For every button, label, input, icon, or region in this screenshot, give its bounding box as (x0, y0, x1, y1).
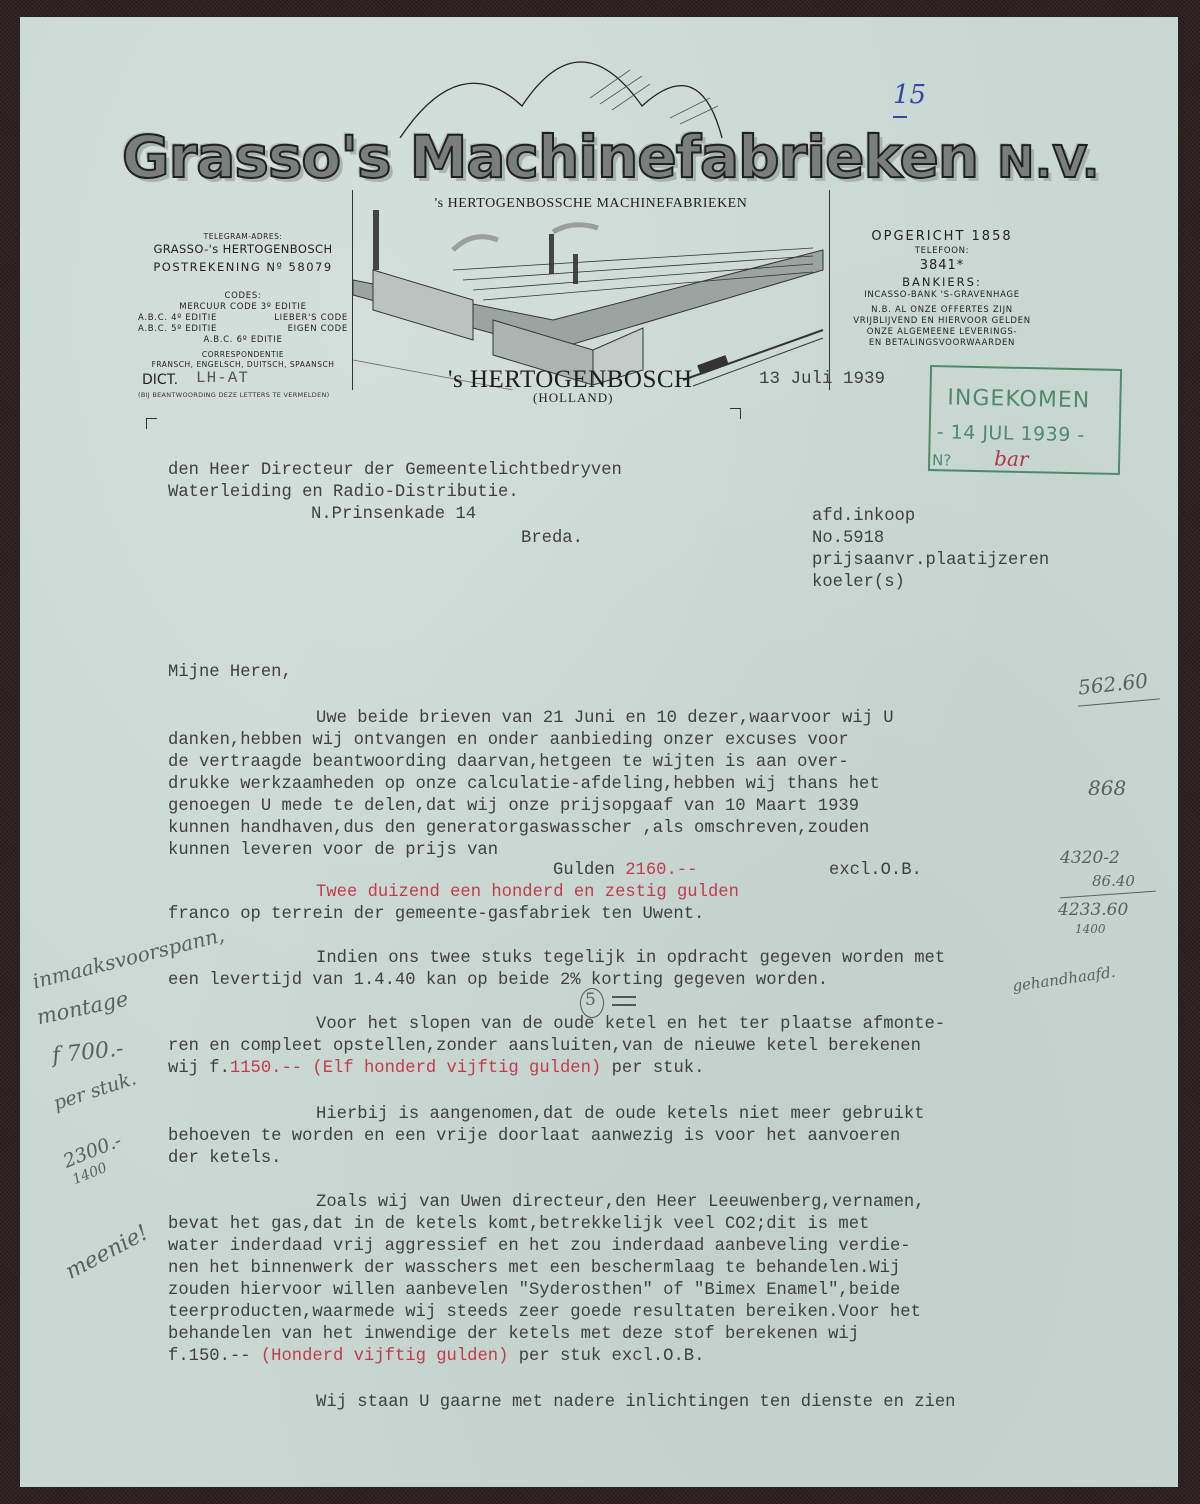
recipient-line: Waterleiding en Radio-Distributie. (168, 484, 519, 502)
dict-value: LH-AT (196, 369, 249, 387)
body-line: Voor het slopen van de oude ketel en het… (316, 1016, 945, 1034)
recipient-line: N.Prinsenkade 14 (311, 506, 476, 524)
price-suffix: excl.O.B. (829, 862, 922, 880)
margin-calculation: 1400 (1075, 922, 1106, 936)
stamp-date: - 14 JUL 1939 - (936, 421, 1084, 446)
price-suffix: per stuk excl.O.B. (519, 1347, 705, 1366)
coating-price: 150.-- (189, 1347, 251, 1366)
reference-line: prijsaanvr.plaatijzeren (812, 552, 1049, 570)
letterhead-right-block: OPGERICHT 1858 TELEFOON: 3841* BANKIERS:… (836, 228, 1048, 349)
codes-label: CODES: (138, 291, 348, 302)
address-corner-mark (146, 418, 157, 429)
handwritten-page-number: 15 (893, 80, 926, 110)
body-line: Uwe beide brieven van 21 Juni en 10 deze… (316, 710, 894, 728)
margin-calculation: 4320-2 (1060, 848, 1120, 868)
body-line: genoegen U mede te delen,dat wij onze pr… (168, 798, 859, 816)
body-line: een levertijd van 1.4.40 kan op beide 2%… (168, 972, 828, 990)
margin-calculation: 86.40 (1092, 872, 1135, 890)
price-in-words: Twee duizend een honderd en zestig gulde… (316, 884, 739, 902)
margin-calculation: 868 (1088, 776, 1126, 800)
bankers-label: BANKIERS: (836, 275, 1048, 290)
telegram-label: TELEGRAM-ADRES: (138, 232, 348, 242)
body-line: de vertraagde beantwoording daarvan,hetg… (168, 754, 849, 772)
codes-line: EIGEN CODE (288, 324, 348, 335)
equals-mark (612, 996, 636, 1006)
stamp-number-label: N? (932, 451, 952, 469)
body-line: Indien ons twee stuks tegelijk in opdrac… (316, 950, 945, 968)
body-line: nen het binnenwerk der wasschers met een… (168, 1260, 900, 1278)
codes-line: A.B.C. 6º EDITIE (138, 335, 348, 346)
body-line: f.150.-- (Honderd vijftig gulden) per st… (168, 1348, 704, 1366)
phone-label: TELEFOON: (836, 246, 1048, 257)
letter-date: 13 Juli 1939 (759, 370, 885, 388)
dict-label: DICT. (142, 372, 178, 388)
currency-prefix: wij f. (168, 1059, 230, 1078)
postrekening: POSTREKENING Nº 58079 (138, 260, 348, 275)
page-number-underline (893, 116, 907, 118)
phone-value: 3841* (836, 257, 1048, 275)
body-line: ren en compleet opstellen,zonder aanslui… (168, 1038, 921, 1056)
stamp-title: INGEKOMEN (947, 385, 1090, 413)
address-corner-mark (730, 408, 741, 419)
body-line: Wij staan U gaarne met nadere inlichting… (316, 1394, 955, 1412)
price-suffix: per stuk. (612, 1059, 705, 1078)
company-logo-wordmark: Grasso's Machinefabrieken N.V. (122, 127, 1042, 193)
letterhead-left-block: TELEGRAM-ADRES: GRASSO-'s HERTOGENBOSCH … (138, 232, 348, 370)
founded-year: OPGERICHT 1858 (836, 228, 1048, 246)
body-line: behoeven te worden en een vrije doorlaat… (168, 1128, 900, 1146)
body-line: kunnen leveren voor de prijs van (168, 842, 498, 860)
terms-line: VRIJBLIJVEND EN HIERVOOR GELDEN (836, 316, 1048, 327)
price-value: 2160.-- (625, 861, 697, 880)
codes-line: MERCUUR CODE 3º EDITIE (138, 302, 348, 313)
terms-line: ONZE ALGEMEENE LEVERINGS- (836, 327, 1048, 338)
reference-line: No.5918 (812, 530, 884, 548)
factory-illustration: 's HERTOGENBOSSCHE MACHINEFABRIEKEN (352, 190, 830, 390)
dict-note: (BIJ BEANTWOORDING DEZE LETTERS TE VERME… (138, 391, 329, 399)
terms-line: N.B. AL ONZE OFFERTES ZIJN (836, 305, 1048, 316)
currency-prefix: f. (168, 1347, 189, 1366)
codes-line: LIEBER'S CODE (274, 313, 348, 324)
received-stamp: INGEKOMEN - 14 JUL 1939 - N? bar (928, 365, 1122, 475)
recipient-line: den Heer Directeur der Gemeentelichtbedr… (168, 462, 622, 480)
terms-line: EN BETALINGSVOORWAARDEN (836, 338, 1048, 349)
company-suffix: N.V. (997, 137, 1100, 188)
recipient-line: Breda. (521, 530, 583, 548)
salutation: Mijne Heren, (168, 664, 292, 682)
body-line: franco op terrein der gemeente-gasfabrie… (168, 906, 704, 924)
body-line: zouden hiervoor willen aanbevelen "Syder… (168, 1282, 900, 1300)
reference-line: koeler(s) (812, 574, 905, 592)
factory-drawing-icon (353, 210, 829, 390)
price-line: Gulden 2160.-- (553, 862, 697, 880)
body-line: danken,hebben wij ontvangen en onder aan… (168, 732, 849, 750)
body-line: Zoals wij van Uwen directeur,den Heer Le… (316, 1194, 925, 1212)
codes-line: A.B.C. 4º EDITIE (138, 313, 217, 324)
bank-name: INCASSO-BANK 'S-GRAVENHAGE (836, 290, 1048, 301)
body-line: Hierbij is aangenomen,dat de oude ketels… (316, 1106, 925, 1124)
company-name: Grasso's Machinefabrieken (122, 123, 978, 191)
body-line: kunnen handhaven,dus den generatorgaswas… (168, 820, 869, 838)
price-label: Gulden (553, 861, 615, 880)
assembly-price: 1150.-- (230, 1059, 302, 1078)
letterhead-country: (HOLLAND) (533, 390, 613, 406)
body-line: bevat het gas,dat in de ketels komt,betr… (168, 1216, 869, 1234)
margin-calculation: 4233.60 (1058, 900, 1128, 920)
body-line: teerproducten,waarmede wij steeds zeer g… (168, 1304, 921, 1322)
coating-price-words: (Honderd vijftig gulden) (261, 1347, 509, 1366)
assembly-price-words: (Elf honderd vijftig gulden) (312, 1059, 601, 1078)
correspondence-label: CORRESPONDENTIE (138, 350, 348, 360)
body-line: behandelen van het inwendige der ketels … (168, 1326, 859, 1344)
telegram-value: GRASSO-'s HERTOGENBOSCH (138, 242, 348, 257)
body-line: drukke werkzaamheden op onze calculatie-… (168, 776, 880, 794)
stamp-handwritten-number: bar (994, 446, 1029, 471)
reference-line: afd.inkoop (812, 508, 915, 526)
body-line: wij f.1150.-- (Elf honderd vijftig gulde… (168, 1060, 704, 1078)
body-line: water inderdaad vrij aggressief en het z… (168, 1238, 911, 1256)
circled-number: 5 (585, 990, 596, 1010)
codes-line: A.B.C. 5º EDITIE (138, 324, 217, 335)
body-line: der ketels. (168, 1150, 281, 1168)
